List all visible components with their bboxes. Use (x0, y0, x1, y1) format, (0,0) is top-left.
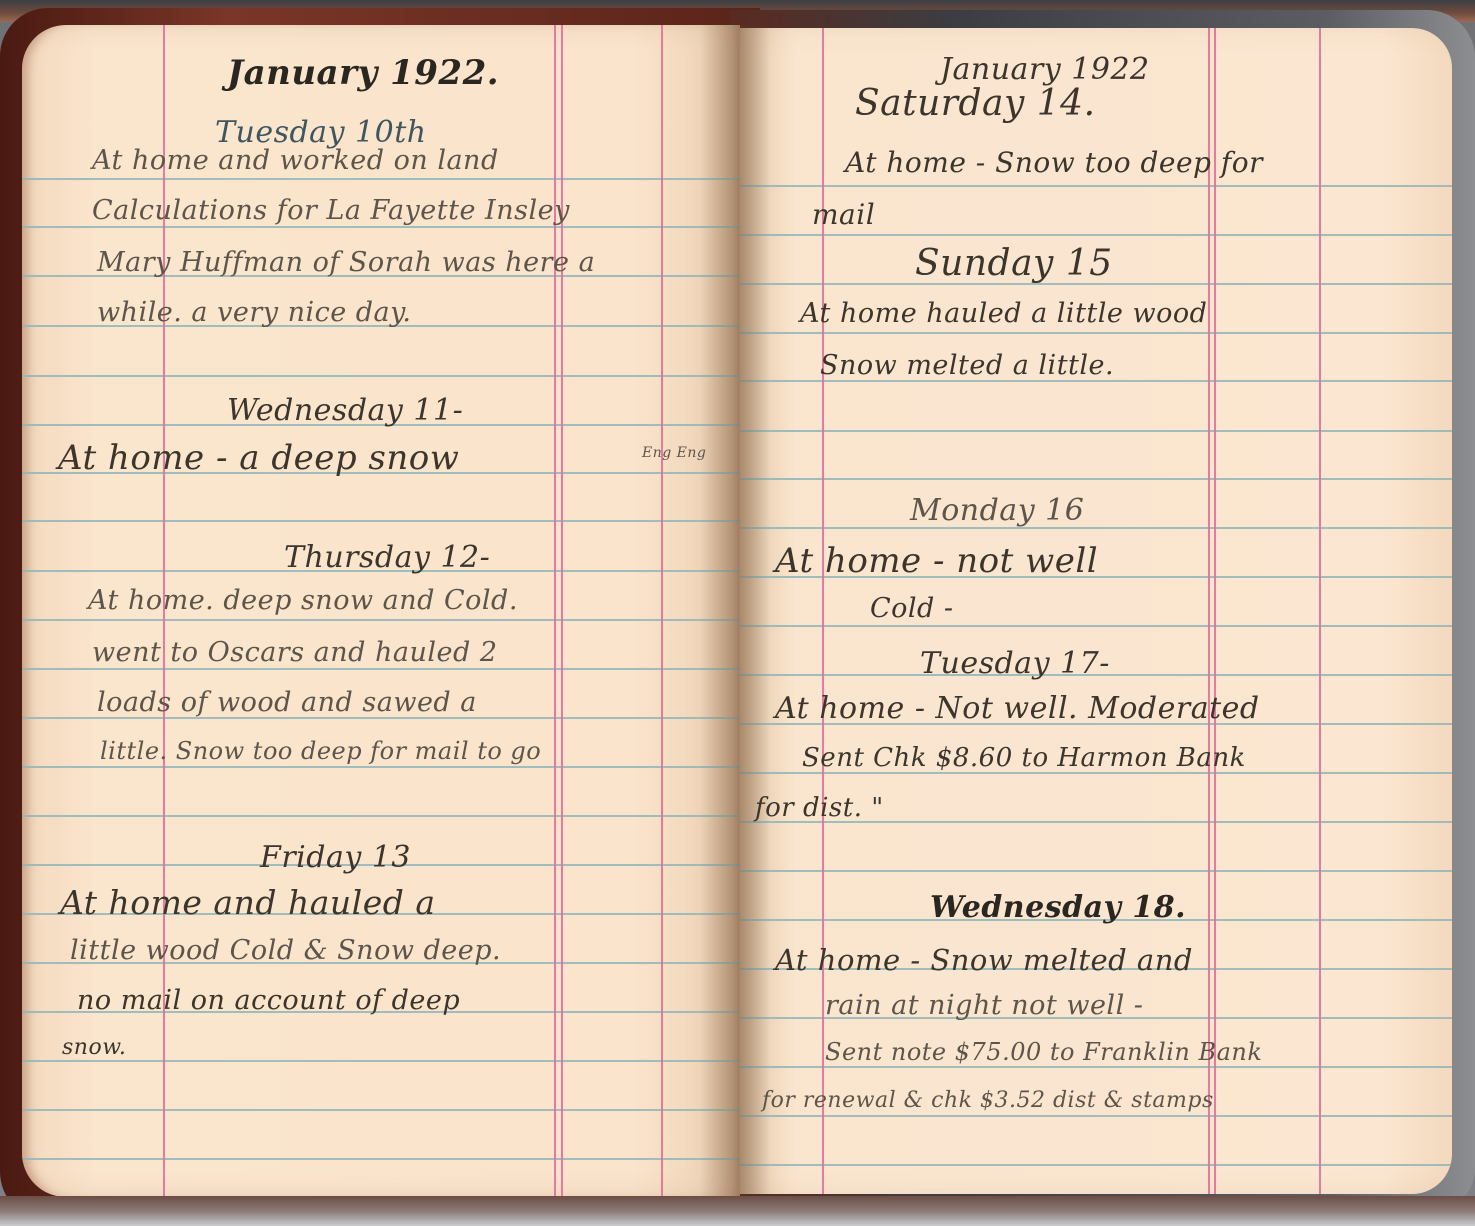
ruling-line (740, 332, 1452, 334)
superscript-note: Eng Eng (642, 445, 706, 461)
ruling-line (740, 527, 1452, 529)
ruling-line (740, 185, 1452, 187)
ruling-line (740, 870, 1452, 872)
entry-line: Sent note $75.00 to Franklin Bank (825, 1038, 1262, 1066)
entry-line: mail (812, 198, 875, 231)
entry-line: At home - Not well. Moderated (775, 691, 1260, 726)
month-header: January 1922 (940, 52, 1150, 87)
entry-day: Wednesday 18. (930, 890, 1186, 925)
ruling-line (740, 234, 1452, 236)
ruling-line (740, 625, 1452, 627)
entry-line: At home - Snow too deep for (845, 146, 1263, 179)
entry-line: little wood Cold & Snow deep. (70, 935, 501, 966)
entry-line: went to Oscars and hauled 2 (92, 637, 498, 668)
entry-day: Wednesday 11- (227, 393, 463, 428)
entry-line: Sent Chk $8.60 to Harmon Bank (802, 743, 1246, 773)
entry-line: for dist. " (755, 793, 884, 823)
entry-line: snow. (62, 1035, 126, 1060)
entry-day: Monday 16 (910, 493, 1084, 528)
ruling-line (22, 815, 740, 817)
ruling-line (22, 1109, 740, 1111)
entry-day: Tuesday 17- (920, 646, 1110, 681)
ruling-line (22, 766, 740, 768)
margin-line (1214, 28, 1216, 1194)
entry-day: Friday 13 (260, 840, 411, 875)
entry-line: At home - not well (775, 541, 1098, 581)
entry-line: At home hauled a little wood (800, 298, 1207, 329)
entry-line: loads of wood and sawed a (97, 687, 477, 718)
ruling-line (740, 478, 1452, 480)
entry-line: little. Snow too deep for mail to go (100, 737, 541, 765)
entry-line: At home and worked on land (92, 145, 499, 176)
entry-line: rain at night not well - (825, 990, 1143, 1021)
entry-line: At home - Snow melted and (775, 943, 1193, 977)
entry-day: Sunday 15 (915, 243, 1113, 284)
entry-line: Mary Huffman of Sorah was here a (97, 247, 595, 278)
ruling-line (740, 1066, 1452, 1068)
diary-page-left: January 1922. Tuesday 10th At home and w… (22, 25, 740, 1197)
entry-line: At home and hauled a (60, 883, 436, 922)
entry-line: while. a very nice day. (97, 297, 411, 328)
ruling-line (22, 668, 740, 670)
ruling-line (22, 375, 740, 377)
entry-line: Calculations for La Fayette Insley (92, 195, 570, 226)
margin-line (661, 25, 663, 1197)
entry-line: for renewal & chk $3.52 dist & stamps (762, 1088, 1214, 1113)
entry-line: Cold - (870, 593, 954, 624)
ruling-line (22, 1060, 740, 1062)
ruling-line (22, 1158, 740, 1160)
diary-page-right: January 1922 Saturday 14. At home - Snow… (740, 28, 1452, 1194)
ruling-line (740, 1115, 1452, 1117)
ruling-line (22, 226, 740, 228)
entry-line: no mail on account of deep (77, 985, 460, 1016)
entry-line: Snow melted a little. (820, 350, 1114, 381)
ruling-line (740, 430, 1452, 432)
ruling-line (740, 1164, 1452, 1166)
month-header: January 1922. (227, 53, 499, 93)
ruling-line (22, 178, 740, 180)
entry-day: Thursday 12- (284, 540, 490, 575)
ruling-line (22, 619, 740, 621)
entry-day: Saturday 14. (855, 83, 1096, 124)
margin-line (1208, 28, 1210, 1194)
ruling-line (22, 520, 740, 522)
entry-line: At home. deep snow and Cold. (88, 585, 518, 616)
cover-bottom-edge (0, 1196, 1475, 1226)
margin-line (1319, 28, 1321, 1194)
entry-line: At home - a deep snow (58, 438, 459, 478)
